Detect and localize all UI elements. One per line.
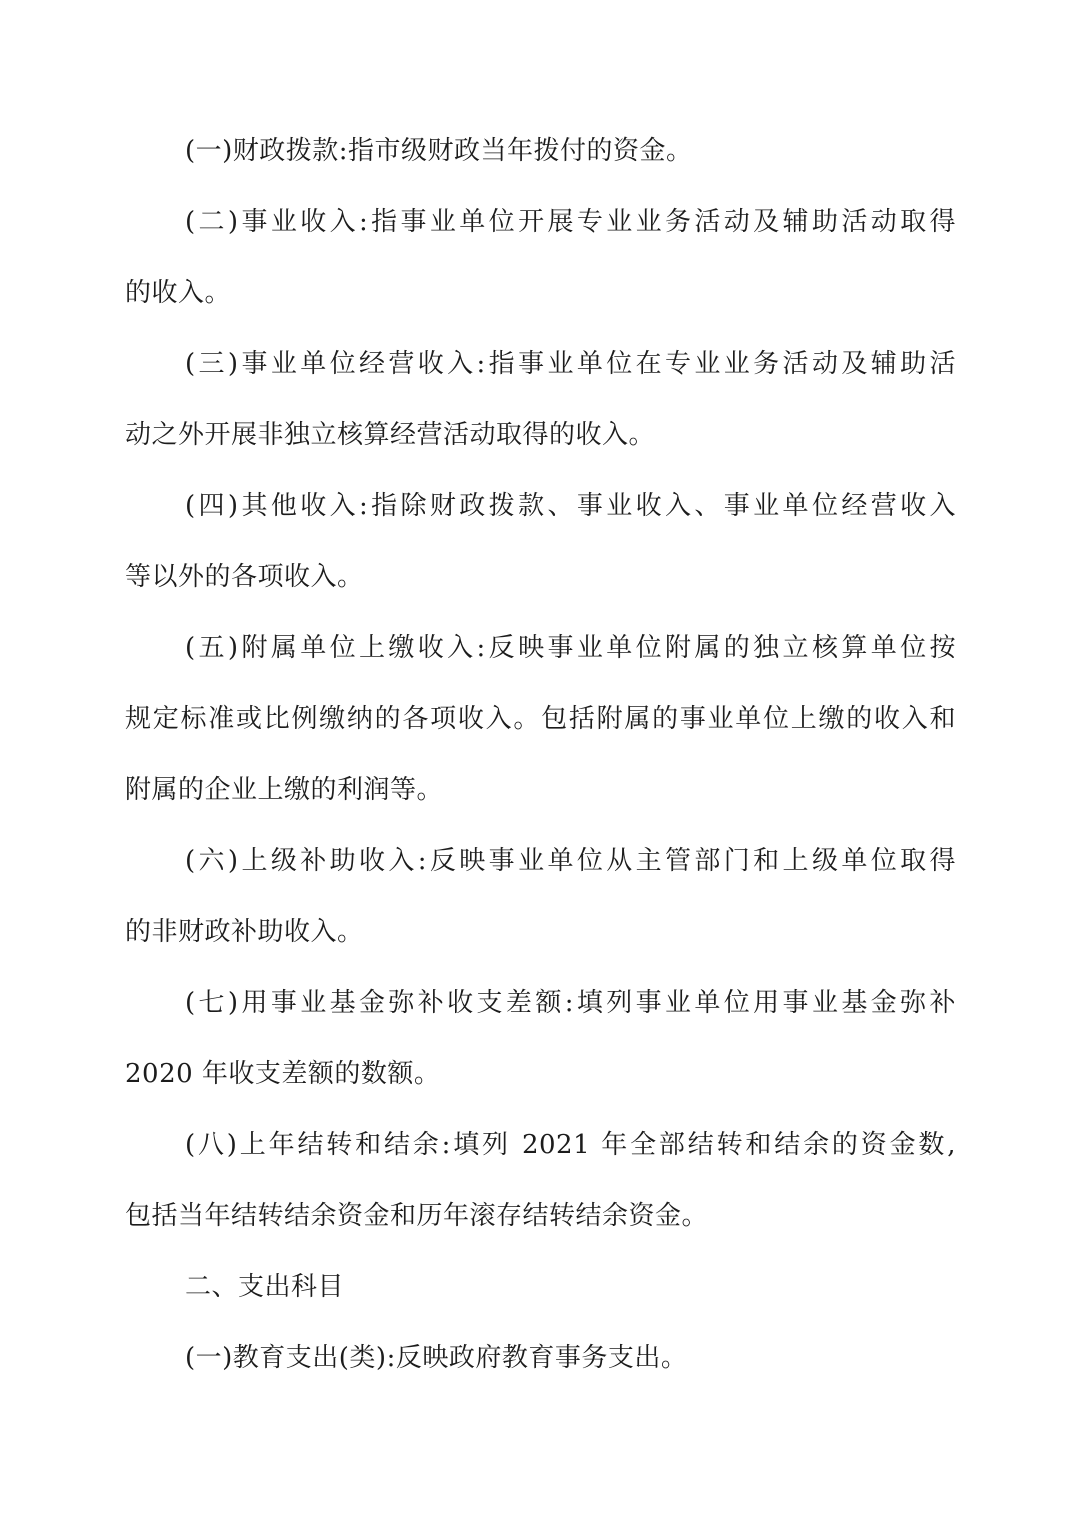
text-line: 的非财政补助收入。	[125, 897, 956, 968]
text-line: (一)财政拨款:指市级财政当年拨付的资金。	[125, 116, 956, 187]
text-line: 包括当年结转结余资金和历年滚存结转结余资金。	[125, 1181, 956, 1252]
paragraph-income-item-4: (四)其他收入:指除财政拨款、事业收入、事业单位经营收入等以外的各项收入。	[125, 471, 956, 613]
text-line: (二)事业收入:指事业单位开展专业业务活动及辅助活动取得	[125, 187, 956, 258]
paragraph-income-item-2: (二)事业收入:指事业单位开展专业业务活动及辅助活动取得的收入。	[125, 187, 956, 329]
text-line: (一)教育支出(类):反映政府教育事务支出。	[125, 1323, 956, 1394]
paragraph-income-item-6: (六)上级补助收入:反映事业单位从主管部门和上级单位取得的非财政补助收入。	[125, 826, 956, 968]
text-line: 动之外开展非独立核算经营活动取得的收入。	[125, 400, 956, 471]
text-line: 二、支出科目	[125, 1252, 956, 1323]
text-line: 2020 年收支差额的数额。	[125, 1039, 956, 1110]
text-line: (七)用事业基金弥补收支差额:填列事业单位用事业基金弥补	[125, 968, 956, 1039]
paragraph-expenditure-item-1: (一)教育支出(类):反映政府教育事务支出。	[125, 1323, 956, 1394]
paragraph-income-item-3: (三)事业单位经营收入:指事业单位在专业业务活动及辅助活动之外开展非独立核算经营…	[125, 329, 956, 471]
document-body: (一)财政拨款:指市级财政当年拨付的资金。(二)事业收入:指事业单位开展专业业务…	[125, 116, 956, 1394]
text-line: 等以外的各项收入。	[125, 542, 956, 613]
text-line: 的收入。	[125, 258, 956, 329]
paragraph-income-item-8: (八)上年结转和结余:填列 2021 年全部结转和结余的资金数,包括当年结转结余…	[125, 1110, 956, 1252]
text-line: (五)附属单位上缴收入:反映事业单位附属的独立核算单位按	[125, 613, 956, 684]
paragraph-expenditure-section-heading: 二、支出科目	[125, 1252, 956, 1323]
paragraph-income-item-1: (一)财政拨款:指市级财政当年拨付的资金。	[125, 116, 956, 187]
text-line: 附属的企业上缴的利润等。	[125, 755, 956, 826]
text-line: (八)上年结转和结余:填列 2021 年全部结转和结余的资金数,	[125, 1110, 956, 1181]
paragraph-income-item-7: (七)用事业基金弥补收支差额:填列事业单位用事业基金弥补2020 年收支差额的数…	[125, 968, 956, 1110]
text-line: (三)事业单位经营收入:指事业单位在专业业务活动及辅助活	[125, 329, 956, 400]
paragraph-income-item-5: (五)附属单位上缴收入:反映事业单位附属的独立核算单位按规定标准或比例缴纳的各项…	[125, 613, 956, 826]
text-line: (六)上级补助收入:反映事业单位从主管部门和上级单位取得	[125, 826, 956, 897]
text-line: 规定标准或比例缴纳的各项收入。包括附属的事业单位上缴的收入和	[125, 684, 956, 755]
document-page: (一)财政拨款:指市级财政当年拨付的资金。(二)事业收入:指事业单位开展专业业务…	[0, 0, 1074, 1520]
text-line: (四)其他收入:指除财政拨款、事业收入、事业单位经营收入	[125, 471, 956, 542]
